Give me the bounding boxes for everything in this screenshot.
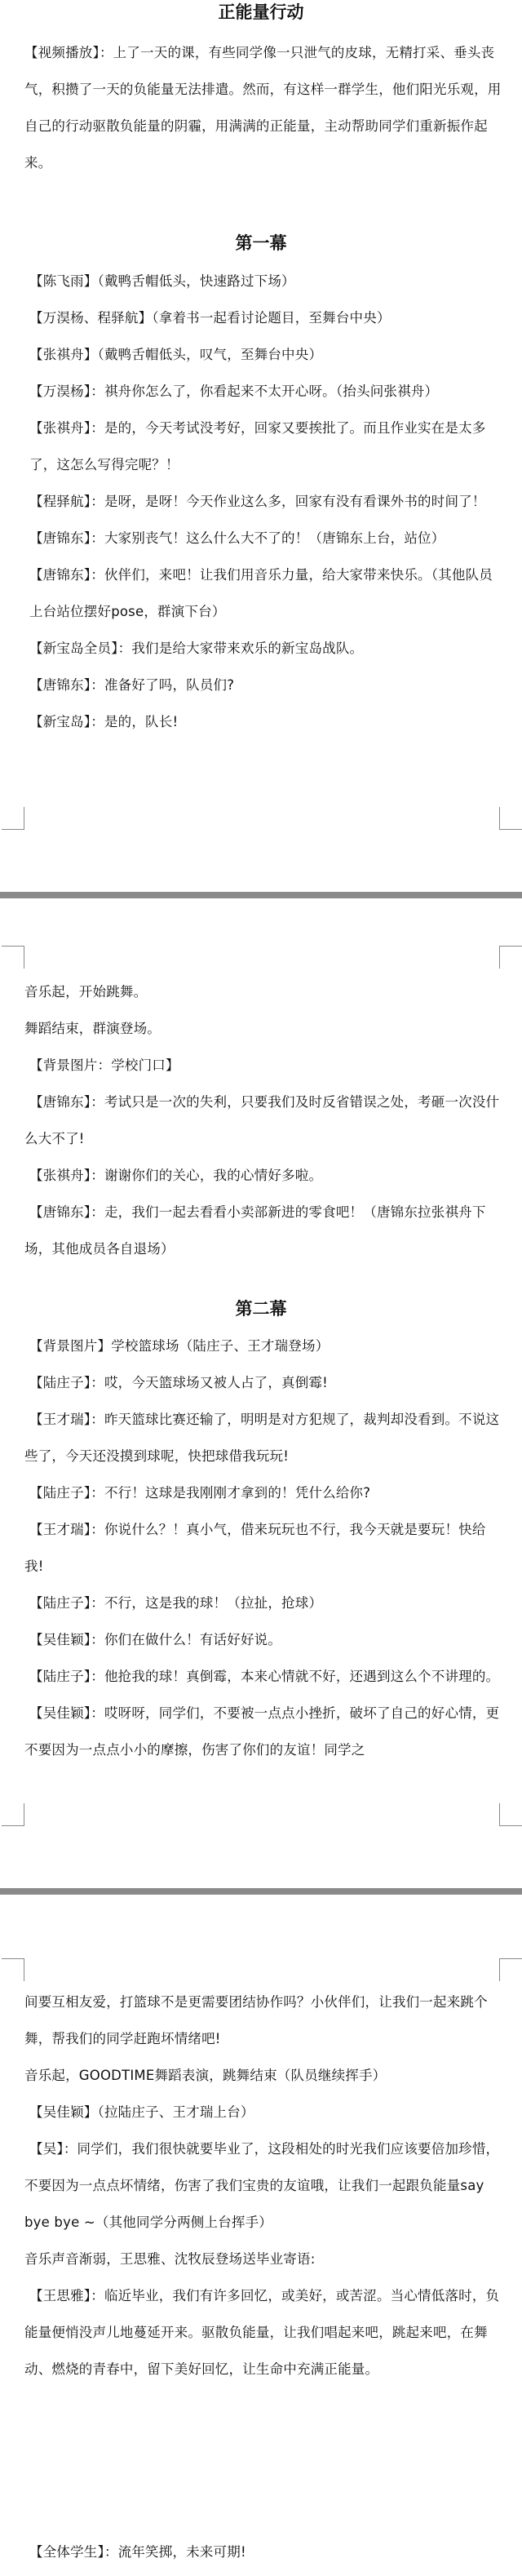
document-page-1: 正能量行动 【视频播放】：上了一天的课，有些同学像一只泄气的皮球，无精打采、垂头… — [0, 0, 522, 892]
script-line: 【张祺舟】：是的，今天考试没考好，回家又要挨批了。而且作业实在是太多了，这怎么写… — [29, 410, 504, 483]
script-line: 【陆庄子】：不行，这是我的球！（拉扯，抢球） — [24, 1585, 504, 1621]
script-line: 【唐锦东】：大家别丧气！这么什么大不了的！（唐锦东上台，站位） — [29, 520, 504, 556]
closing-line: 【全体学生】：流年笑掷，未来可期! — [29, 2534, 504, 2570]
script-line: 【陆庄子】：他抢我的球！真倒霉，本来心情就不好，还遇到这么个不讲理的。 — [24, 1658, 504, 1695]
page-corner-mark — [2, 807, 24, 830]
document-page-3: 间要互相友爱，打篮球不是更需要团结协作吗？小伙伴们，让我们一起来跳个舞，帮我们的… — [0, 1895, 522, 2576]
script-line: 【万淏杨、程驿航】（拿着书一起看讨论题目，至舞台中央） — [29, 299, 504, 336]
page2-act2-lines: 【背景图片】学校篮球场（陆庄子、王才瑞登场） 【陆庄子】：哎，今天篮球场又被人占… — [24, 1328, 504, 1768]
script-line: 【陆庄子】：不行！这球是我刚刚才拿到的！凭什么给你? — [24, 1474, 504, 1511]
script-line: 【程驿航】：是呀，是呀！今天作业这么多，回家有没有看课外书的时间了！ — [29, 483, 504, 520]
stage-direction: 音乐起，GOODTIME舞蹈表演，跳舞结束（队员继续挥手） — [24, 2057, 504, 2094]
script-line: 【张祺舟】：谢谢你们的关心，我的心情好多啦。 — [24, 1157, 504, 1194]
closing-line-block: 【全体学生】：流年笑掷，未来可期! — [29, 2534, 504, 2570]
script-line: 【王才瑞】：昨天篮球比赛还输了，明明是对方犯规了，裁判却没看到。不说这些了，今天… — [24, 1401, 504, 1474]
script-line: 【吴佳颖】：你们在做什么！有话好好说。 — [24, 1621, 504, 1658]
page-break — [0, 1888, 522, 1895]
script-line: 【唐锦东】：走，我们一起去看看小卖部新进的零食吧！（唐锦东拉张祺舟下场，其他成员… — [24, 1194, 504, 1267]
script-line: 【背景图片：学校门口】 — [24, 1047, 504, 1084]
script-line: 【吴佳颖】（拉陆庄子、王才瑞上台） — [24, 2094, 504, 2130]
document-page-2: 音乐起，开始跳舞。 舞蹈结束，群演登场。 【背景图片：学校门口】 【唐锦东】：考… — [0, 898, 522, 1888]
document-title: 正能量行动 — [0, 0, 522, 24]
script-line: 【新宝岛全员】：我们是给大家带来欢乐的新宝岛战队。 — [29, 630, 504, 667]
script-line: 【吴佳颖】：哎呀呀，同学们，不要被一点点小挫折，破坏了自己的好心情，更不要因为一… — [24, 1695, 504, 1768]
script-line: 【背景图片】学校篮球场（陆庄子、王才瑞登场） — [24, 1328, 504, 1364]
page3-script-lines: 间要互相友爱，打篮球不是更需要团结协作吗？小伙伴们，让我们一起来跳个舞，帮我们的… — [24, 1984, 504, 2388]
script-line: 【王才瑞】：你说什么？！真小气，借来玩玩也不行，我今天就是要玩！快给我! — [24, 1511, 504, 1585]
script-line: 【唐锦东】：伙伴们，来吧！让我们用音乐力量，给大家带来快乐。（其他队员上台站位摆… — [29, 556, 504, 630]
page1-script-lines: 【陈飞雨】（戴鸭舌帽低头，快速路过下场） 【万淏杨、程驿航】（拿着书一起看讨论题… — [29, 263, 504, 740]
script-line: 【张祺舟】（戴鸭舌帽低头，叹气，至舞台中央） — [29, 336, 504, 373]
script-line: 【唐锦东】：考试只是一次的失利，只要我们及时反省错误之处，考砸一次没什么大不了! — [24, 1084, 504, 1157]
page-corner-mark — [2, 1958, 24, 1981]
script-line: 【陆庄子】：哎，今天篮球场又被人占了，真倒霉! — [24, 1364, 504, 1401]
page-break — [0, 892, 522, 898]
script-line: 【吴】：同学们，我们很快就要毕业了，这段相处的时光我们应该要倍加珍惜，不要因为一… — [24, 2130, 504, 2241]
script-line: 【王思雅】：临近毕业，我们有许多回忆，或美好，或苦涩。当心情低落时，负能量便悄没… — [24, 2277, 504, 2388]
page-corner-mark — [499, 807, 522, 830]
intro-paragraph: 【视频播放】：上了一天的课，有些同学像一只泄气的皮球，无精打采、垂头丧气，积攒了… — [24, 34, 504, 181]
act2-heading: 第二幕 — [0, 1297, 522, 1321]
stage-direction: 音乐起，开始跳舞。 — [24, 973, 504, 1010]
script-line: 【唐锦东】：准备好了吗，队员们? — [29, 667, 504, 703]
page1-intro: 【视频播放】：上了一天的课，有些同学像一只泄气的皮球，无精打采、垂头丧气，积攒了… — [24, 34, 504, 181]
script-line: 【万淏杨】：祺舟你怎么了，你看起来不太开心呀。（抬头问张祺舟） — [29, 373, 504, 410]
page-corner-mark — [2, 1803, 24, 1826]
page-corner-mark — [499, 946, 522, 969]
stage-direction: 音乐声音渐弱，王思雅、沈牧辰登场送毕业寄语: — [24, 2241, 504, 2277]
page-corner-mark — [499, 1958, 522, 1981]
script-line: 【新宝岛】：是的，队长! — [29, 703, 504, 740]
page-corner-mark — [499, 1803, 522, 1826]
script-line: 【陈飞雨】（戴鸭舌帽低头，快速路过下场） — [29, 263, 504, 299]
script-line: 间要互相友爱，打篮球不是更需要团结协作吗？小伙伴们，让我们一起来跳个舞，帮我们的… — [24, 1984, 504, 2057]
stage-direction: 舞蹈结束，群演登场。 — [24, 1010, 504, 1047]
act1-heading: 第一幕 — [0, 231, 522, 255]
page-corner-mark — [2, 946, 24, 969]
page2-script-lines: 音乐起，开始跳舞。 舞蹈结束，群演登场。 【背景图片：学校门口】 【唐锦东】：考… — [24, 973, 504, 1267]
